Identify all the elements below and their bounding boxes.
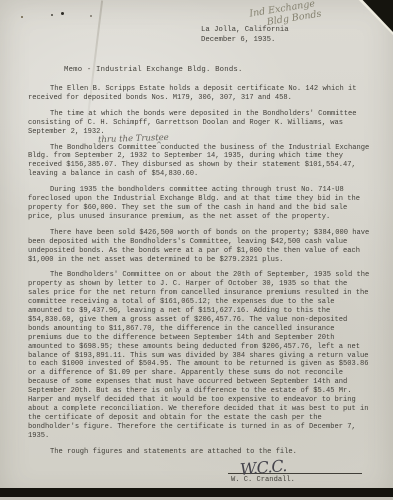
scan-edge-band xyxy=(0,488,393,497)
memo-title: Memo - Industrial Exchange Bldg. Bonds. xyxy=(64,66,243,74)
paragraph: During 1935 the bondholders committee ac… xyxy=(28,186,372,222)
caret-mark: ^ xyxy=(156,141,162,150)
paragraph: The Bondholders Committee conducted the … xyxy=(28,144,372,180)
paragraph: The Bondholders' Committee on or about t… xyxy=(28,271,372,440)
paragraph: There have been sold $426,500 worth of b… xyxy=(28,229,372,265)
memo-body: The Ellen B. Scripps Estate holds a depo… xyxy=(28,85,372,485)
scanned-memo-page: Ind Exchange Bldg Bonds La Jolla, Califo… xyxy=(0,0,393,500)
paragraph-with-insertion: thru the Trustee ^ The Bondholders Commi… xyxy=(28,144,372,180)
signature-block: W.C.C. W. C. Crandall. xyxy=(228,464,378,486)
closing-line: The rough figures and statements are att… xyxy=(28,448,372,457)
paper-speck xyxy=(51,14,53,16)
signature-initials: W.C.C. xyxy=(240,462,287,475)
paper-speck xyxy=(90,15,92,17)
place-line: La Jolla, California xyxy=(201,26,289,36)
paragraph: The Ellen B. Scripps Estate holds a depo… xyxy=(28,85,372,103)
date-block: La Jolla, California December 6, 1935. xyxy=(201,26,289,45)
paragraph: The time at which the bonds were deposit… xyxy=(28,110,372,137)
date-line: December 6, 1935. xyxy=(201,36,289,46)
paper-speck xyxy=(21,16,23,18)
paper-speck xyxy=(61,12,64,15)
